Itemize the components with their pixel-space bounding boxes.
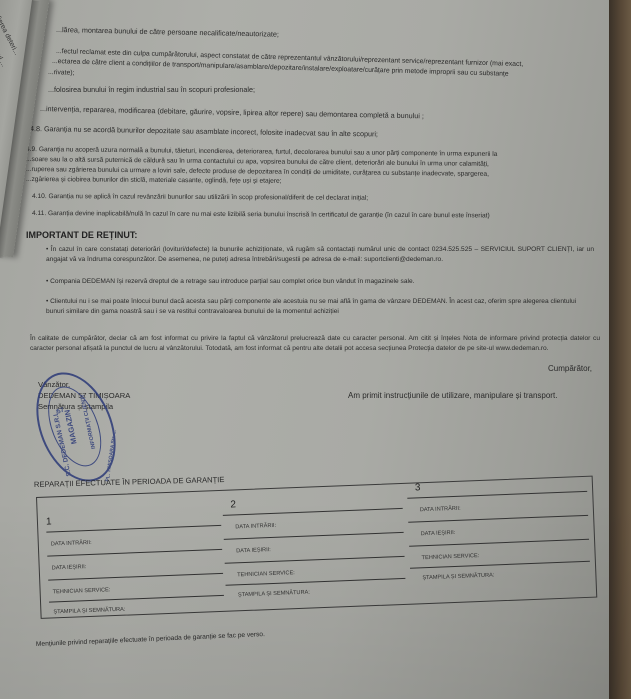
repair-column-number: 2 (230, 500, 236, 510)
repairs-table: 1 DATA INTRĂRII: DATA IEȘIRII: TEHNICIAN… (36, 476, 597, 619)
field-stamp-signature: ȘTAMPILA ȘI SEMNĂTURA: (422, 570, 494, 583)
divider (224, 532, 404, 540)
repair-column-number: 1 (46, 517, 52, 527)
divider (409, 539, 589, 547)
clause-line: ...rivate); (48, 68, 75, 79)
clause-line: 4.8. Garanția nu se acordă bunurilor dep… (30, 124, 378, 139)
field-stamp-signature: ȘTAMPILA ȘI SEMNĂTURA: (238, 588, 310, 601)
important-bullet-rights: • Compania DEDEMAN își rezervă dreptul d… (46, 277, 414, 287)
stamp-bottom-text: PL. TIMIȘOARA Str. ... (103, 429, 120, 482)
field-entry-date: DATA INTRĂRII: (235, 521, 276, 533)
repairs-footnote: Mențiunile privind reparațiile efectuate… (36, 630, 265, 650)
field-exit-date: DATA IEȘIRII: (421, 528, 456, 539)
important-bullet-replacement: • Clientului nu i se mai poate înlocui b… (46, 297, 594, 316)
buyer-label: Cumpărător, (548, 364, 592, 374)
repair-column-1: 1 DATA INTRĂRII: DATA IEȘIRII: TEHNICIAN… (37, 491, 226, 618)
divider (225, 556, 405, 564)
important-bullet-contact: • În cazul în care constatați deteriorăr… (46, 245, 594, 264)
field-exit-date: DATA IEȘIRII: (52, 562, 87, 573)
important-heading: IMPORTANT DE REȚINUT: (26, 230, 137, 240)
field-entry-date: DATA INTRĂRII: (51, 538, 92, 550)
divider (46, 525, 221, 533)
curled-text: ...ndierea deteri... (0, 4, 21, 57)
clause-line: ...intervenția, repararea, modificarea (… (40, 104, 424, 121)
divider (408, 515, 588, 523)
repair-column-number: 3 (415, 483, 421, 493)
clause-line: ...zgârierea și ciobirea bunurilor din s… (26, 175, 282, 187)
divider (47, 549, 222, 557)
clause-4-11: 4.11. Garanția devine inaplicabilă/nulă … (32, 209, 490, 221)
repair-column-3: 3 DATA INTRĂRII: DATA IEȘIRII: TEHNICIAN… (407, 477, 596, 604)
clause-line: ...lărea, montarea bunului de către pers… (56, 25, 279, 40)
desk-background (609, 0, 631, 699)
buyer-acknowledgement: Am primit instrucțiunile de utilizare, m… (348, 391, 557, 401)
field-technician: TEHNICIAN SERVICE: (237, 568, 295, 580)
field-technician: TEHNICIAN SERVICE: (52, 585, 110, 597)
divider (407, 491, 587, 499)
divider (223, 508, 403, 516)
field-technician: TEHNICIAN SERVICE: (421, 551, 479, 563)
field-entry-date: DATA INTRĂRII: (420, 504, 461, 516)
repairs-title: REPARAȚII EFECTUATE ÎN PERIOADA DE GARAN… (34, 475, 225, 490)
divider (48, 573, 223, 581)
document-content: ...lărea, montarea bunului de către pers… (0, 0, 612, 699)
gdpr-statement: În calitate de cumpărător, declar că am … (30, 334, 600, 353)
clause-4-10: 4.10. Garanția nu se aplică în cazul rev… (32, 192, 368, 204)
clause-line: ...folosirea bunului în regim industrial… (48, 85, 255, 95)
field-exit-date: DATA IEȘIRII: (236, 545, 271, 556)
field-stamp-signature: ȘTAMPILA ȘI SEMNĂTURA: (53, 605, 125, 618)
repair-column-2: 2 DATA INTRĂRII: DATA IEȘIRII: TEHNICIAN… (222, 484, 411, 611)
